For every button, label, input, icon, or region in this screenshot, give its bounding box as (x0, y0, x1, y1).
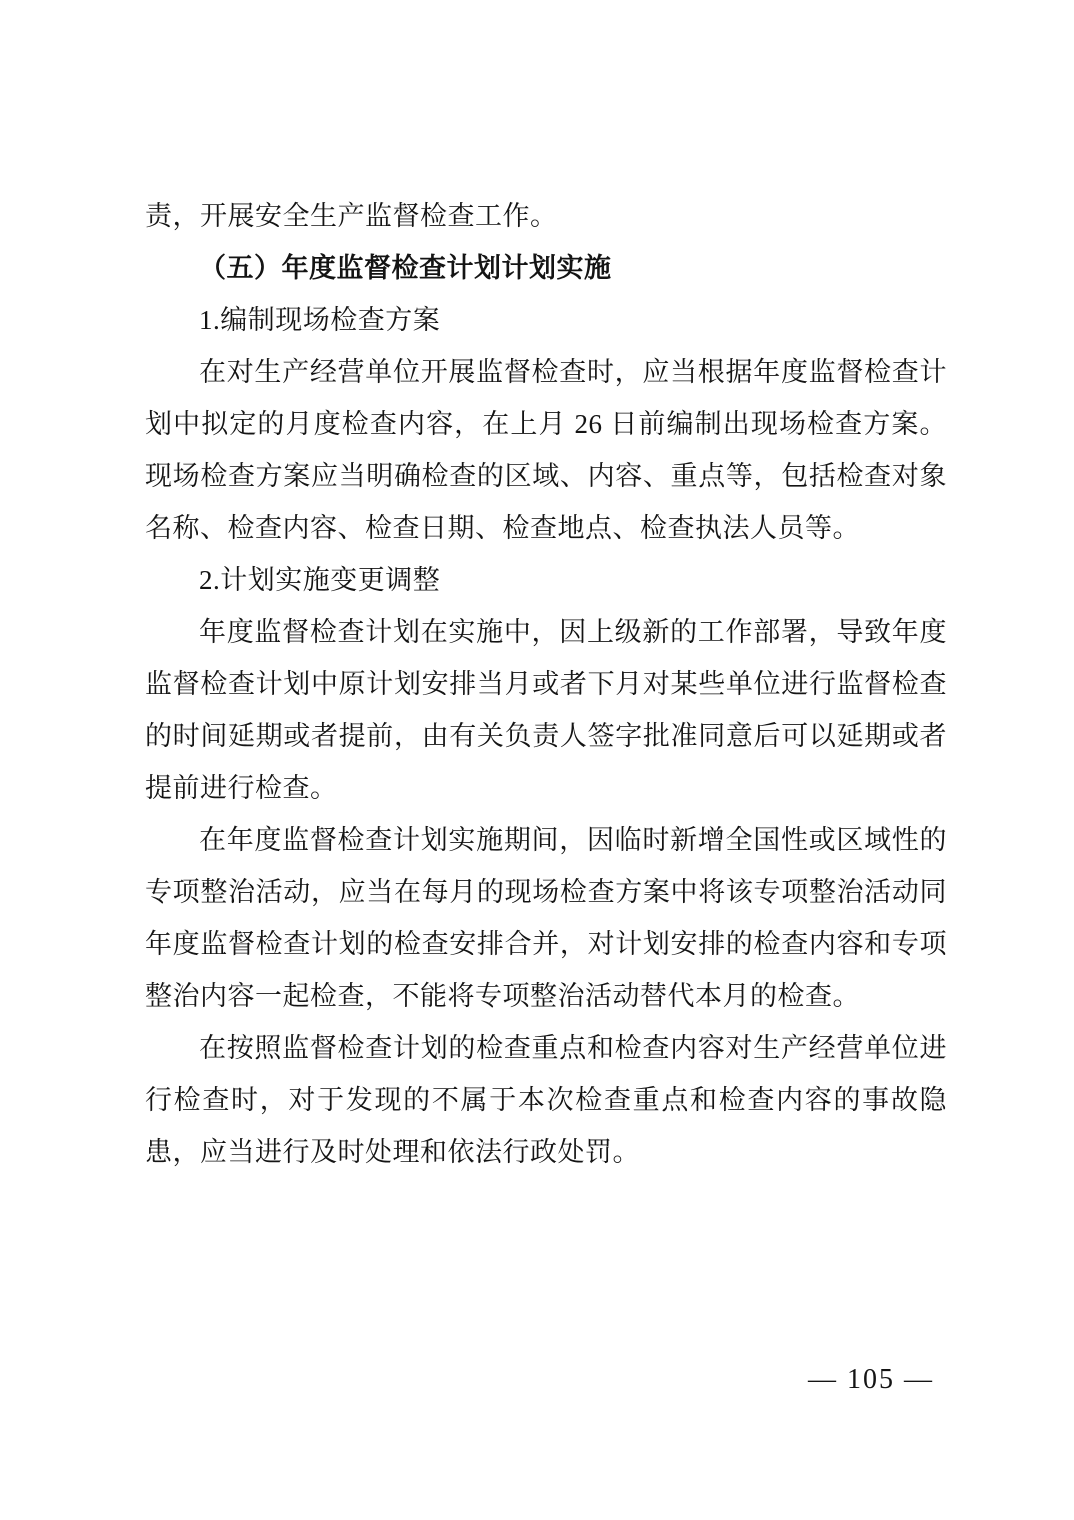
subheading-2: 2.计划实施变更调整 (145, 554, 947, 606)
paragraph-1: 在对生产经营单位开展监督检查时，应当根据年度监督检查计划中拟定的月度检查内容，在… (145, 346, 947, 554)
document-body: 责，开展安全生产监督检查工作。 （五）年度监督检查计划计划实施 1.编制现场检查… (145, 190, 947, 1178)
paragraph-2: 年度监督检查计划在实施中，因上级新的工作部署，导致年度监督检查计划中原计划安排当… (145, 606, 947, 814)
paragraph-3: 在年度监督检查计划实施期间，因临时新增全国性或区域性的专项整治活动，应当在每月的… (145, 814, 947, 1022)
page-footer: — 105 — (808, 1362, 934, 1398)
subheading-1: 1.编制现场检查方案 (145, 294, 947, 346)
paragraph-continuation: 责，开展安全生产监督检查工作。 (145, 190, 947, 242)
section-heading: （五）年度监督检查计划计划实施 (145, 242, 947, 294)
paragraph-4: 在按照监督检查计划的检查重点和检查内容对生产经营单位进行检查时，对于发现的不属于… (145, 1022, 947, 1178)
document-page: 责，开展安全生产监督检查工作。 （五）年度监督检查计划计划实施 1.编制现场检查… (0, 0, 1074, 1520)
page-number: — 105 — (808, 1364, 934, 1395)
